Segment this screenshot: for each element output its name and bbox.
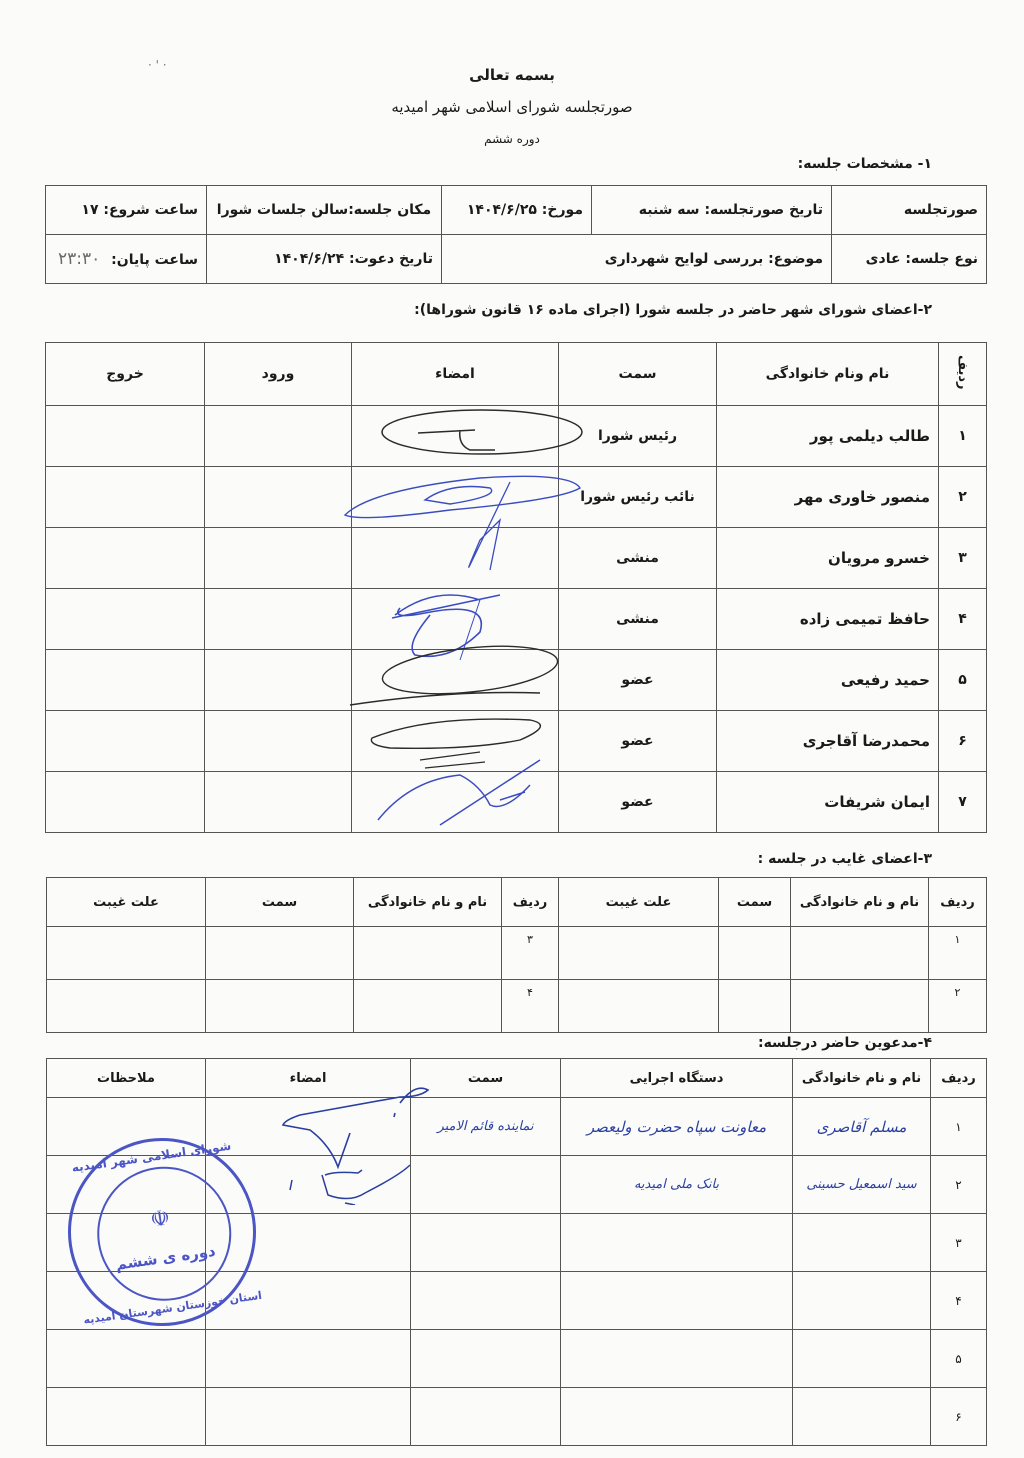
- exit-cell: [46, 711, 205, 772]
- guest-name: [793, 1214, 931, 1272]
- details-row-2: نوع جلسه: عادی موضوع: بررسی لوایح شهردار…: [46, 235, 987, 284]
- row-number: ۴: [931, 1272, 987, 1330]
- member-name: ایمان شریفات: [717, 772, 939, 833]
- exit-cell: [46, 589, 205, 650]
- absent-role: [206, 927, 354, 980]
- exit-cell: [46, 406, 205, 467]
- col-row-num: ردیف: [931, 1059, 987, 1098]
- row-number: ۲: [939, 467, 987, 528]
- exit-cell: [46, 772, 205, 833]
- table-header: ردیف نام و نام خانوادگی دستگاه اجرایی سم…: [47, 1059, 987, 1098]
- table-row: ۵ حمید رفیعی عضو: [46, 650, 987, 711]
- row-number: ۵: [931, 1330, 987, 1388]
- table-row: ۴ حافظ تمیمی زاده منشی: [46, 589, 987, 650]
- guest-agency: [561, 1330, 793, 1388]
- row-number: ۵: [939, 650, 987, 711]
- member-role: عضو: [559, 711, 717, 772]
- signature-cell: [206, 1388, 411, 1446]
- row-number: ۱: [929, 927, 987, 980]
- row-number: ۶: [931, 1388, 987, 1446]
- end-time-label: ساعت پایان:: [111, 252, 198, 268]
- table-header: ردیف نام و نام خانوادگی سمت علت غیبت ردی…: [47, 878, 987, 927]
- guest-agency: بانک ملی امیدیه: [561, 1156, 793, 1214]
- start-time: ساعت شروع: ۱۷: [46, 186, 207, 235]
- col-role: سمت: [719, 878, 791, 927]
- row-number: ۷: [939, 772, 987, 833]
- member-name: خسرو مرویان: [717, 528, 939, 589]
- meeting-details-table: صورتجلسه تاریخ صورتجلسه: سه شنبه مورخ: ۱…: [45, 185, 987, 284]
- signature-cell: [352, 406, 559, 467]
- row-number: ۲: [929, 980, 987, 1033]
- col-name: نام و نام خانوادگی: [791, 878, 929, 927]
- absence-reason: [47, 980, 206, 1033]
- guest-role: [411, 1330, 561, 1388]
- col-absence-reason-2: علت غیبت: [47, 878, 206, 927]
- member-name: حافظ تمیمی زاده: [717, 589, 939, 650]
- member-role: عضو: [559, 772, 717, 833]
- member-role: رئیس شورا: [559, 406, 717, 467]
- member-name: طالب دیلمی پور: [717, 406, 939, 467]
- table-header: ردیف نام ونام خانوادگی سمت امضاء ورود خر…: [46, 343, 987, 406]
- end-time-value: ۲۳:۳۰: [58, 249, 100, 269]
- end-time: ساعت پایان: ۲۳:۳۰: [46, 235, 207, 284]
- guest-agency: [561, 1214, 793, 1272]
- meeting-location: مکان جلسه:سالن جلسات شورا: [207, 186, 442, 235]
- absent-name: [791, 927, 929, 980]
- col-signature: امضاء: [352, 343, 559, 406]
- guest-name: [793, 1388, 931, 1446]
- absent-name: [354, 980, 502, 1033]
- entry-cell: [205, 406, 352, 467]
- table-row: ۳ خسرو مرویان منشی: [46, 528, 987, 589]
- entry-cell: [205, 589, 352, 650]
- section3-title: ۳-اعضای غایب در جلسه :: [758, 851, 932, 867]
- col-absence-reason: علت غیبت: [559, 878, 719, 927]
- entry-cell: [205, 772, 352, 833]
- section1-title: ۱- مشخصات جلسه:: [798, 156, 932, 172]
- col-entry: ورود: [205, 343, 352, 406]
- absent-name: [791, 980, 929, 1033]
- table-row: ۱ ۳: [47, 927, 987, 980]
- absent-members-table: ردیف نام و نام خانوادگی سمت علت غیبت ردی…: [46, 877, 987, 1033]
- signature-cell: [352, 528, 559, 589]
- section4-title: ۴-مدعوین حاضر درجلسه:: [758, 1035, 932, 1051]
- table-row: ۲ ۴: [47, 980, 987, 1033]
- notes-cell: [47, 1330, 206, 1388]
- section2-title: ۲-اعضای شورای شهر حاضر در جلسه شورا (اجر…: [414, 302, 932, 318]
- col-row-num: ردیف: [939, 343, 987, 406]
- col-row-num-2: ردیف: [502, 878, 559, 927]
- minutes-date: تاریخ صورتجلسه: سه شنبه: [592, 186, 832, 235]
- exit-cell: [46, 528, 205, 589]
- col-role: سمت: [411, 1059, 561, 1098]
- col-role-2: سمت: [206, 878, 354, 927]
- exit-cell: [46, 650, 205, 711]
- dated: مورخ: ۱۴۰۴/۶/۲۵: [442, 186, 592, 235]
- member-name: منصور خاوری مهر: [717, 467, 939, 528]
- invocation: بسمه تعالی: [0, 66, 1024, 84]
- row-number: ۴: [939, 589, 987, 650]
- row-number: ۳: [502, 927, 559, 980]
- guest-agency: [561, 1272, 793, 1330]
- absent-name: [354, 927, 502, 980]
- guest-name: [793, 1272, 931, 1330]
- member-role: منشی: [559, 589, 717, 650]
- guest-role: [411, 1156, 561, 1214]
- row-number: ۲: [931, 1156, 987, 1214]
- row-number: ۱: [931, 1098, 987, 1156]
- entry-cell: [205, 528, 352, 589]
- signature-cell: [352, 711, 559, 772]
- document-subtitle: دوره ششم: [0, 132, 1024, 146]
- col-name: نام ونام خانوادگی: [717, 343, 939, 406]
- col-name: نام و نام خانوادگی: [793, 1059, 931, 1098]
- guest-name: مسلم آقاصری: [793, 1098, 931, 1156]
- exit-cell: [46, 467, 205, 528]
- table-row: ۶: [47, 1388, 987, 1446]
- meeting-subject: موضوع: بررسی لوایح شهرداری: [442, 235, 832, 284]
- entry-cell: [205, 650, 352, 711]
- table-row: ۵: [47, 1330, 987, 1388]
- entry-cell: [205, 711, 352, 772]
- row-number: ۱: [939, 406, 987, 467]
- guest-role: [411, 1388, 561, 1446]
- signature-cell: [206, 1330, 411, 1388]
- table-row: ۶ محمدرضا آقاجری عضو: [46, 711, 987, 772]
- absence-reason: [47, 927, 206, 980]
- signature-cell: [352, 467, 559, 528]
- signature-cell: [352, 589, 559, 650]
- guest-role: [411, 1272, 561, 1330]
- row-number: ۳: [931, 1214, 987, 1272]
- col-role: سمت: [559, 343, 717, 406]
- col-agency: دستگاه اجرایی: [561, 1059, 793, 1098]
- member-role: منشی: [559, 528, 717, 589]
- guest-role: [411, 1214, 561, 1272]
- member-role: نائب رئیس شورا: [559, 467, 717, 528]
- entry-cell: [205, 467, 352, 528]
- guest-agency: [561, 1388, 793, 1446]
- guest-agency: معاونت سپاه حضرت ولیعصر: [561, 1098, 793, 1156]
- signature-cell: [352, 650, 559, 711]
- row-number: ۶: [939, 711, 987, 772]
- absence-reason: [559, 927, 719, 980]
- present-members-table: ردیف نام ونام خانوادگی سمت امضاء ورود خر…: [45, 342, 987, 833]
- member-name: محمدرضا آقاجری: [717, 711, 939, 772]
- table-row: ۲ منصور خاوری مهر نائب رئیس شورا: [46, 467, 987, 528]
- member-name: حمید رفیعی: [717, 650, 939, 711]
- table-row: ۱ طالب دیلمی پور رئیس شورا: [46, 406, 987, 467]
- col-exit: خروج: [46, 343, 205, 406]
- col-row-num: ردیف: [929, 878, 987, 927]
- col-name-2: نام و نام خانوادگی: [354, 878, 502, 927]
- row-number: ۴: [502, 980, 559, 1033]
- row-number: ۳: [939, 528, 987, 589]
- minutes-document: · ' · بسمه تعالی صورتجلسه شورای اسلامی ش…: [0, 0, 1024, 1458]
- notes-cell: [47, 1388, 206, 1446]
- absence-reason: [559, 980, 719, 1033]
- guest-name: سید اسمعیل حسینی: [793, 1156, 931, 1214]
- signature-cell: [352, 772, 559, 833]
- absent-role: [206, 980, 354, 1033]
- guest-role: نماینده قائم الامیر: [411, 1098, 561, 1156]
- meeting-type: نوع جلسه: عادی: [832, 235, 987, 284]
- details-row-1: صورتجلسه تاریخ صورتجلسه: سه شنبه مورخ: ۱…: [46, 186, 987, 235]
- guest-name: [793, 1330, 931, 1388]
- col-notes: ملاحظات: [47, 1059, 206, 1098]
- minutes-label: صورتجلسه: [832, 186, 987, 235]
- table-row: ۷ ایمان شریفات عضو: [46, 772, 987, 833]
- absent-role: [719, 927, 791, 980]
- col-signature: امضاء: [206, 1059, 411, 1098]
- invitation-date: تاریخ دعوت: ۱۴۰۴/۶/۲۴: [207, 235, 442, 284]
- member-role: عضو: [559, 650, 717, 711]
- absent-role: [719, 980, 791, 1033]
- document-title: صورتجلسه شورای اسلامی شهر امیدیه: [0, 98, 1024, 116]
